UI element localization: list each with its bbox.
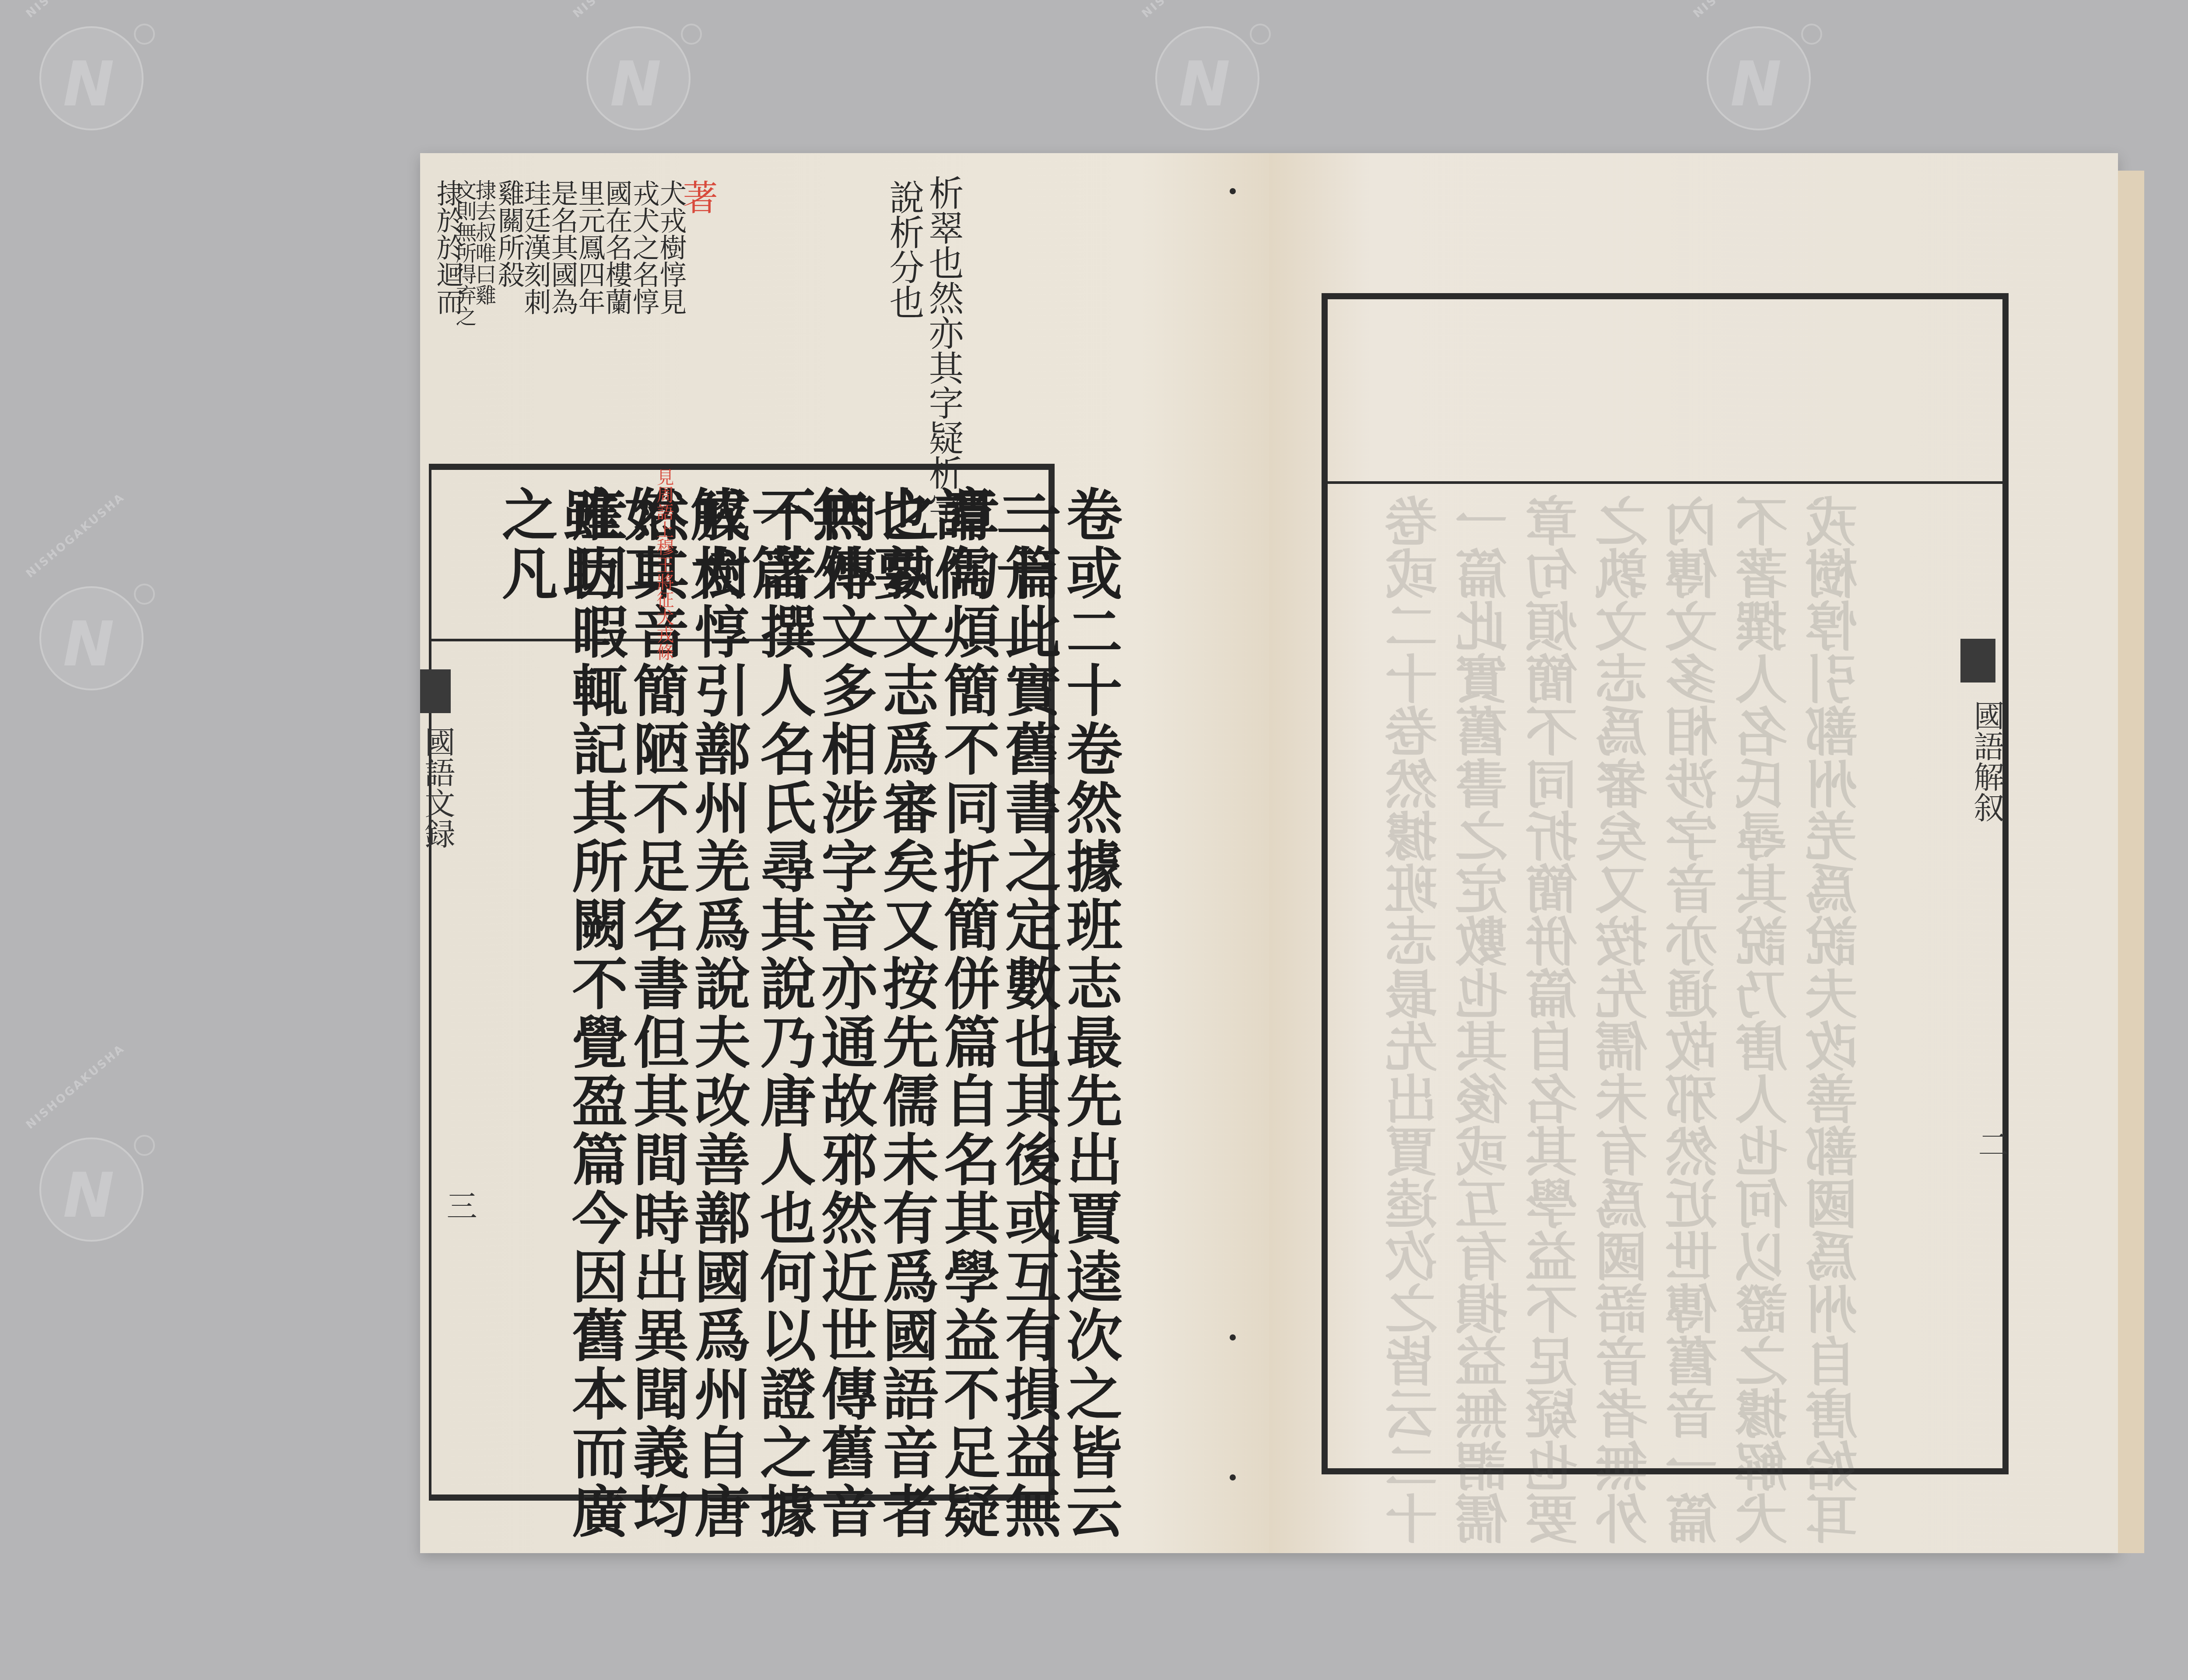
watermark-n-icon: N: [610, 54, 661, 115]
watermark-logo: NISHOGAKUSHA N: [1707, 26, 1811, 130]
watermark-n-icon: N: [63, 54, 114, 115]
bleed-through-text: 卷或二十卷然據班志最先出賈逵次之皆云二十: [1383, 494, 1448, 1544]
watermark-logo: NISHOGAKUSHA N: [39, 586, 144, 690]
binding-hole: [1230, 1334, 1236, 1340]
bleed-through-text: 不著撰人名氏尋其說乃唐人也何以證之據解犬: [1733, 494, 1799, 1544]
spine-title: 國語文録: [416, 726, 460, 849]
fishtail-mark: [1960, 639, 1995, 682]
watermark-dot-icon: [681, 24, 702, 45]
watermark-logo: NISHOGAKUSHA N: [39, 26, 144, 130]
right-page-head-band: [1322, 297, 2009, 484]
binding-hole: [1230, 188, 1236, 194]
red-annotation: 見周語上穆王將征犬戎條: [654, 468, 673, 661]
spine-title: 國語解叙: [1965, 700, 2009, 822]
head-note: 說析分也: [884, 179, 923, 319]
watermark-n-icon: N: [1730, 54, 1781, 115]
page-number: 二: [1969, 1129, 2013, 1159]
watermark-logo: NISHOGAKUSHA N: [586, 26, 691, 130]
watermark-dot-icon: [134, 584, 155, 605]
watermark-logo: NISHOGAKUSHA N: [39, 1137, 144, 1242]
head-note: 析翠也然亦其字疑析字: [923, 175, 963, 525]
bleed-through-text: 一篇此實舊書之定數也其後或互有損益無謂儒: [1453, 494, 1518, 1544]
bleed-through-text: 戎樹惇引鄯州羌爲說夫改善鄯國爲州自唐始耳: [1803, 494, 1869, 1544]
watermark-brand-text: NISHOGAKUSHA: [1691, 0, 1795, 21]
head-note-small: 國在名樓蘭: [602, 179, 631, 315]
watermark-n-icon: N: [63, 614, 114, 675]
head-note-small: 捸於於迴而: [433, 179, 462, 315]
head-note-small: 雞關所殺: [494, 179, 523, 288]
bleed-through-text: 之孰文志爲審矣又按先儒未有爲國語音者無外: [1593, 494, 1659, 1544]
watermark-n-icon: N: [1179, 54, 1230, 115]
watermark-brand-text: NISHOGAKUSHA: [24, 1042, 128, 1132]
page-number: 三: [438, 1190, 482, 1221]
watermark-brand-text: NISHOGAKUSHA: [24, 490, 128, 581]
fishtail-mark: [420, 669, 451, 713]
bleed-through-text: 內傳文多相涉字音亦通故邪然近世傳舊音一篇: [1663, 494, 1729, 1544]
left-page: 析翠也然亦其字疑析字 說析分也 著 犬戎樹惇見 戎犬之名惇 國在名樓蘭 里元鳳四…: [420, 153, 1269, 1553]
head-note-small: 犬戎樹惇見: [656, 179, 685, 315]
watermark-brand-text: NISHOGAKUSHA: [24, 0, 128, 21]
watermark-dot-icon: [134, 1135, 155, 1156]
head-note-small: 里元鳳四年: [575, 179, 604, 315]
open-book: 析翠也然亦其字疑析字 說析分也 著 犬戎樹惇見 戎犬之名惇 國在名樓蘭 里元鳳四…: [420, 153, 2118, 1553]
watermark-dot-icon: [1801, 24, 1822, 45]
watermark-n-icon: N: [63, 1165, 114, 1227]
watermark-dot-icon: [134, 24, 155, 45]
right-page: 卷或二十卷然據班志最先出賈逵次之皆云二十 一篇此實舊書之定數也其後或互有損益無謂…: [1269, 153, 2118, 1553]
watermark-logo: NISHOGAKUSHA N: [1155, 26, 1259, 130]
head-note-small: 戎犬之名惇: [629, 179, 658, 315]
watermark-brand-text: NISHOGAKUSHA: [1140, 0, 1244, 21]
head-note-small: 是名其國為: [548, 179, 577, 315]
binding-hole: [1230, 1474, 1236, 1480]
watermark-dot-icon: [1250, 24, 1271, 45]
text-column: 産因暇輒記其所闕不覺盈篇今因舊本而廣之凡: [490, 486, 630, 1553]
page-stack-edge: [2114, 171, 2144, 1553]
watermark-brand-text: NISHOGAKUSHA: [571, 0, 675, 21]
bleed-through-text: 章句煩簡不同折簡併篇自名其學益不足疑也要: [1523, 494, 1588, 1544]
